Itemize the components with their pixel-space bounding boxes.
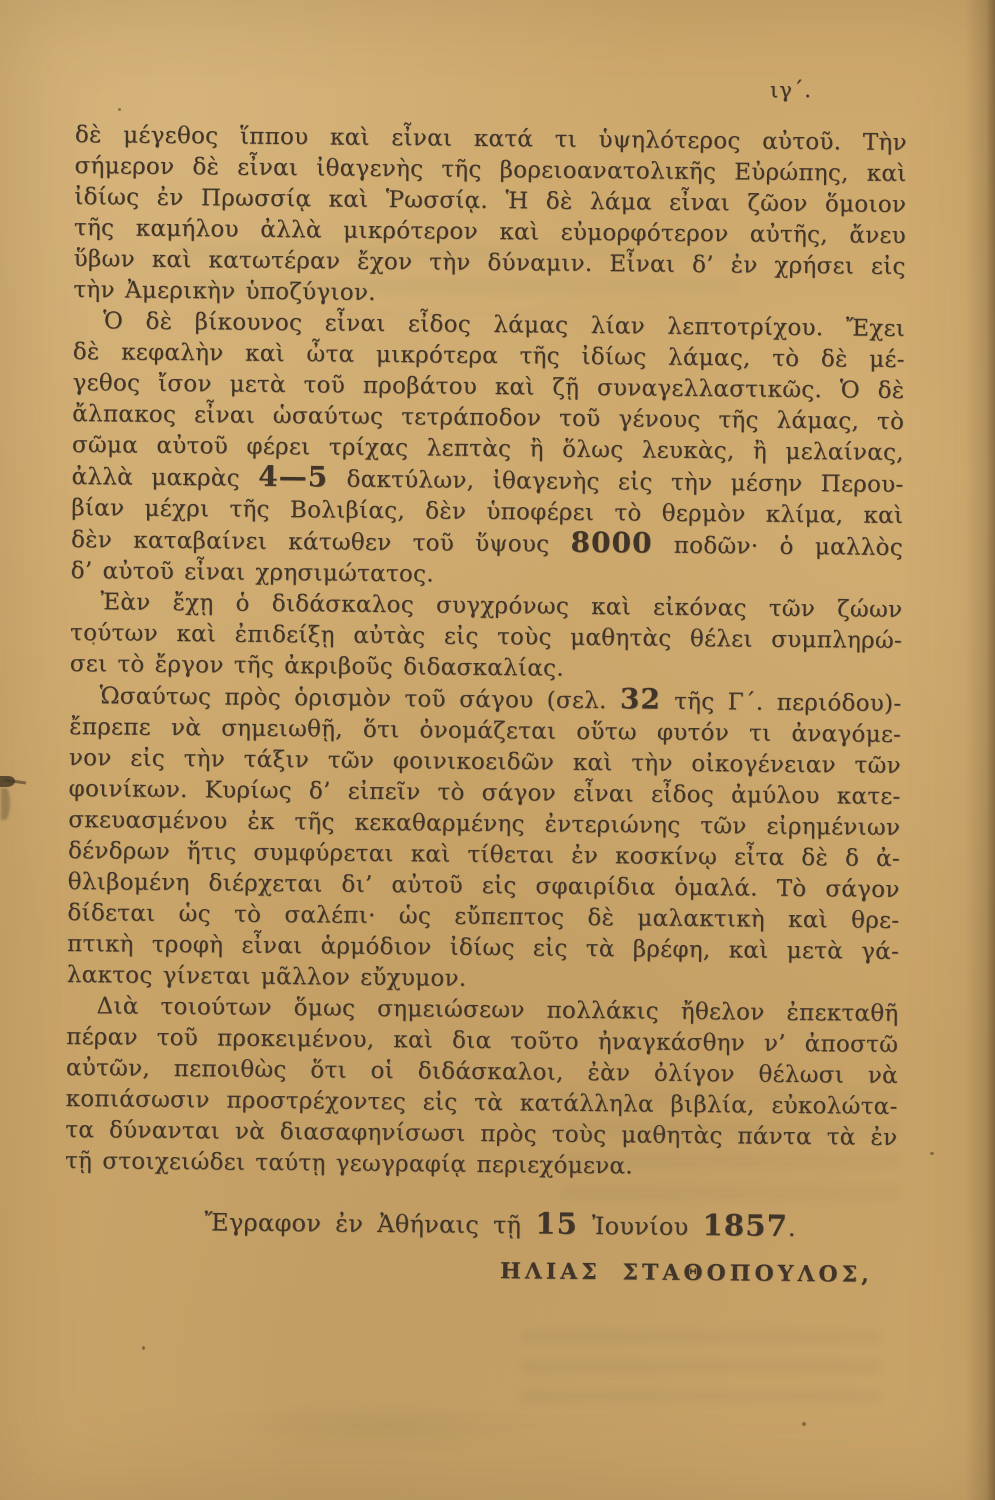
paper-speck bbox=[92, 642, 95, 645]
author-signature: ΗΛΙΑΣ ΣΤΑΘΟΠΟΥΛΟΣ, bbox=[64, 1252, 896, 1291]
page-text: δὲ μέγεθος ἵππου καὶ εἶναι κατά τι ὑψηλό… bbox=[65, 120, 907, 1185]
paragraph: δὲ μέγεθος ἵππου καὶ εἶναι κατά τι ὑψηλό… bbox=[73, 120, 907, 314]
dateline: Ἔγραφον ἐν Ἀθήναις τῇ 15 Ἰουνίου 1857. bbox=[64, 1205, 896, 1245]
paragraph: Ὁ δὲ βίκουνος εἶναι εἶδος λάμας λίαν λεπ… bbox=[71, 306, 906, 595]
margin-ink-blot bbox=[0, 776, 18, 828]
paragraph: Διὰ τοιούτων ὅμως σημειώσεων πολλάκις ἤθ… bbox=[65, 991, 899, 1185]
verso-showthrough bbox=[520, 1330, 880, 1420]
ink-blot-shape bbox=[1, 788, 10, 820]
paper-speck bbox=[118, 108, 121, 111]
page-text-block: δὲ μέγεθος ἵππου καὶ εἶναι κατά τι ὑψηλό… bbox=[64, 120, 907, 1291]
scanned-book-page: ιγ´. δὲ μέγεθος ἵππου καὶ εἶναι κατά τι … bbox=[0, 0, 995, 1500]
paper-speck bbox=[930, 1152, 934, 1155]
verso-showthrough bbox=[240, 1400, 540, 1450]
page-number: ιγ´. bbox=[770, 78, 812, 102]
paragraph: Ὡσαύτως πρὸς ὁρισμὸν τοῦ σάγου (σελ. 32 … bbox=[67, 680, 902, 999]
paper-speck bbox=[802, 1422, 806, 1426]
paper-speck bbox=[142, 1346, 145, 1350]
paragraph: Ἐὰν ἔχῃ ὁ διδάσκαλος συγχρόνως καὶ εἰκόν… bbox=[70, 587, 903, 688]
